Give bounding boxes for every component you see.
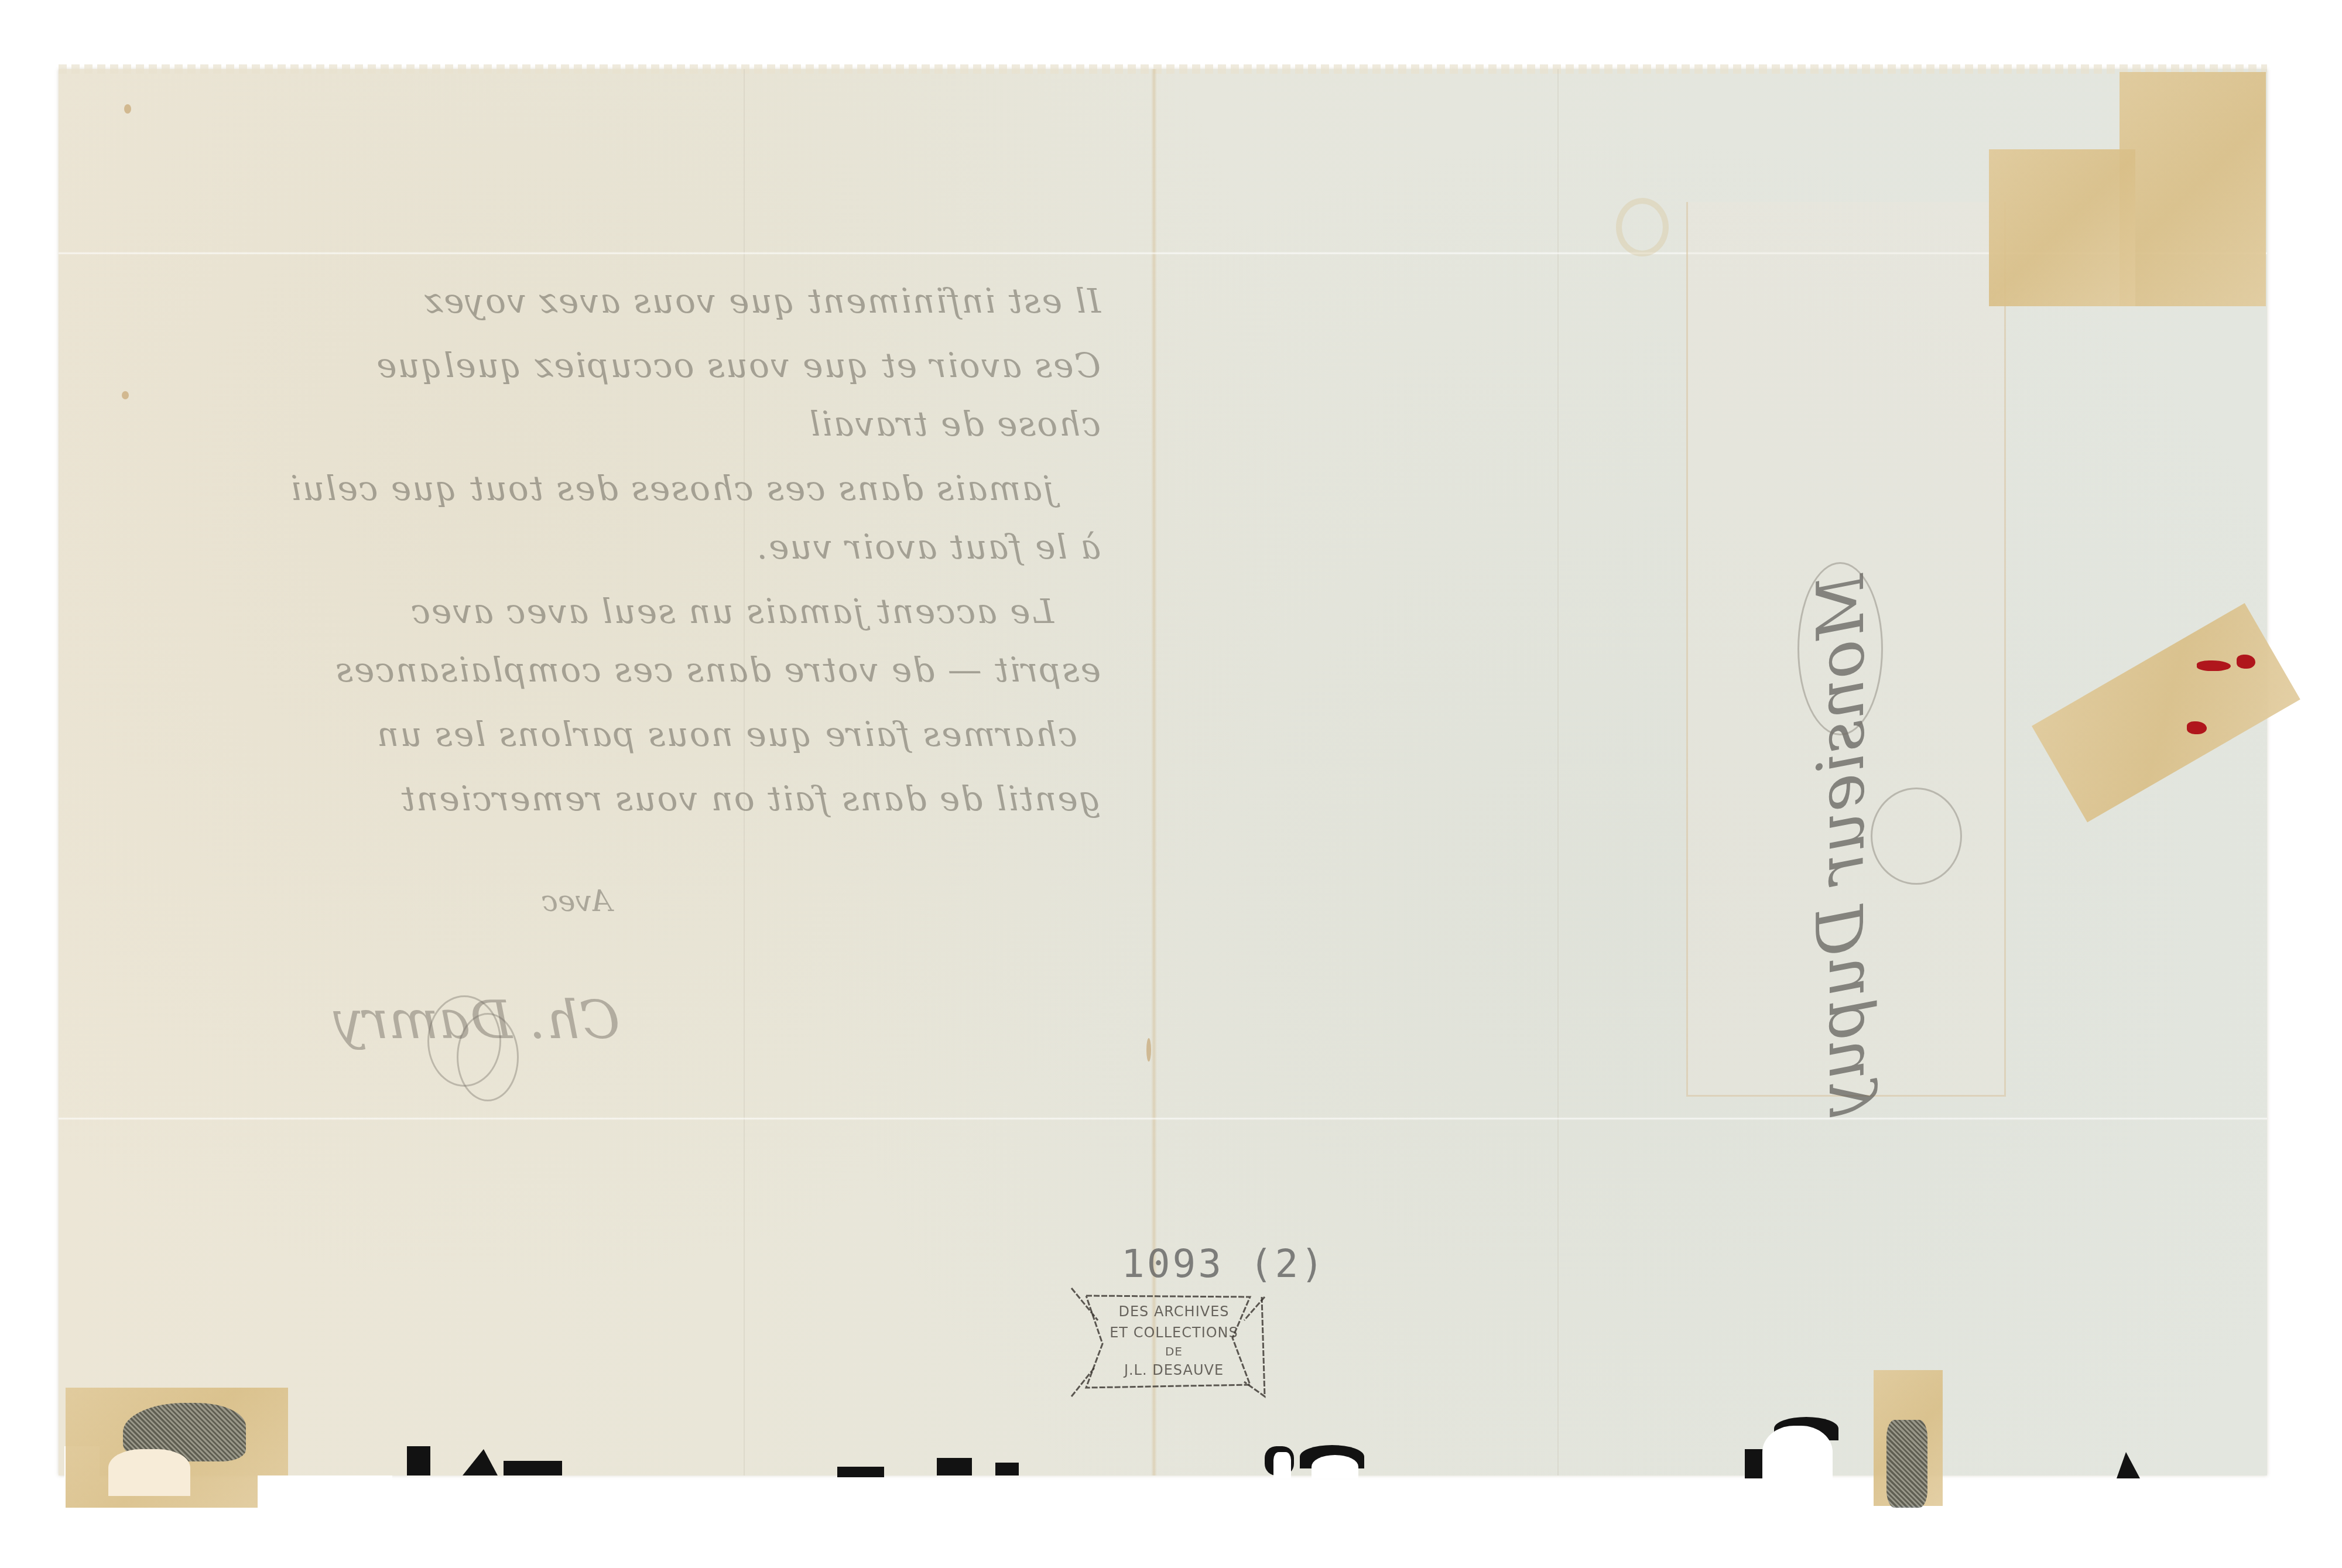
- closing-word: Avec: [542, 884, 612, 918]
- burn-hole: [504, 1461, 562, 1475]
- signature: Ch. Damry: [334, 990, 620, 1051]
- text-line: Il est infiniment que vous avez voyez: [424, 281, 1101, 321]
- wax-seal-fragment: [2237, 655, 2255, 669]
- text-line: Le accent jamais un seul avec avec: [410, 591, 1054, 631]
- burn-hole: [837, 1467, 884, 1477]
- text-line: Ces avoir et que vous occupiez quelque: [375, 345, 1101, 385]
- tape-top-right: [2120, 72, 2266, 306]
- deckle-edge-top: [59, 64, 2267, 74]
- fold-crease: [744, 69, 745, 1475]
- burn-hole: [995, 1463, 1019, 1475]
- text-line: chose de travail: [809, 404, 1101, 444]
- address-flourish: [1797, 562, 1883, 735]
- paper-loss: [1273, 1452, 1291, 1478]
- foxing-spot: [1146, 1038, 1151, 1062]
- fold-crease: [1557, 69, 1559, 1475]
- foxing-spot: [122, 391, 129, 399]
- horizontal-fold: [59, 1117, 2267, 1120]
- text-line: gentil de dans fait on vous remercient: [400, 779, 1101, 819]
- stamp-line: ET COLLECTIONS: [1069, 1324, 1279, 1341]
- text-line: jamais dans ces choses des tout que celu…: [289, 468, 1054, 508]
- paper-loss: [258, 1475, 392, 1511]
- ring-stain: [1616, 198, 1669, 256]
- foxing-spot: [124, 104, 131, 114]
- burn-hole: [937, 1458, 972, 1475]
- stamp-line: J.L. DESAUVE: [1069, 1361, 1279, 1379]
- wax-seal-fragment: [2197, 660, 2231, 671]
- text-line: charmes faire que nous parlons les un: [376, 714, 1077, 754]
- tape-top-right: [1989, 149, 2135, 306]
- paper-loss: [1312, 1455, 1358, 1478]
- wax-seal-fragment: [2187, 721, 2207, 734]
- paper-loss: [1762, 1426, 1833, 1484]
- address-flourish: [1871, 788, 1962, 885]
- text-line: esprit — de votre dans ces complaisances: [334, 650, 1101, 690]
- stamp-line: DE: [1069, 1343, 1279, 1360]
- backing-paper-print: [1886, 1420, 1927, 1508]
- tape-lift: [108, 1449, 190, 1496]
- stamp-line: DES ARCHIVES: [1069, 1303, 1279, 1320]
- collector-stamp: DES ARCHIVES ET COLLECTIONS DE J.L. DESA…: [1069, 1279, 1279, 1405]
- burn-hole: [407, 1446, 430, 1475]
- text-line: à le faut avoir vue.: [756, 527, 1101, 567]
